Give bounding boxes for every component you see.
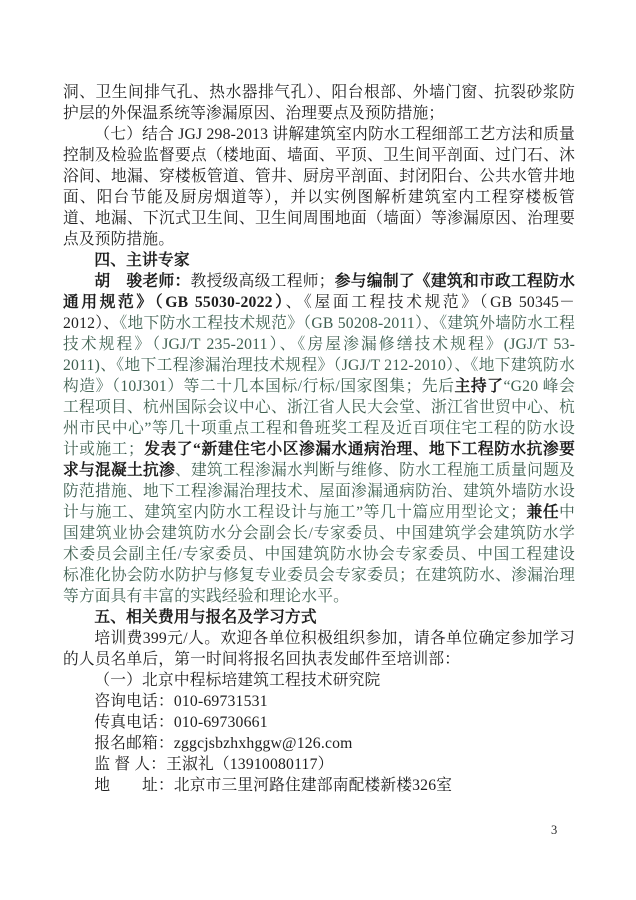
- document-body: 洞、卫生间排气孔、热水器排气孔）、阳台根部、外墙门窗、抗裂砂浆防护层的外保温系统…: [63, 82, 575, 796]
- contact-address: 地 址：北京市三里河路住建部南配楼新楼326室: [63, 775, 575, 796]
- section-heading-four: 四、主讲专家: [63, 250, 575, 271]
- page-number: 3: [551, 823, 557, 838]
- text-segment: 兼任: [526, 504, 559, 521]
- text-segment: （一）北京中程标培建筑工程技术研究院: [94, 672, 380, 689]
- text-segment: 咨询电话：010-69731531: [94, 693, 267, 710]
- contact-phone: 咨询电话：010-69731531: [63, 691, 575, 712]
- paragraph-item-seven: （七）结合 JGJ 298-2013 讲解建筑室内防水工程细部工艺方法和质量控制…: [63, 124, 575, 250]
- text-segment: 监 督 人：王淑礼（13910080117）: [94, 756, 333, 773]
- text-segment: 五、相关费用与报名及学习方式: [94, 609, 316, 626]
- text-segment: 报名邮箱：zggcjsbzhxhggw@126.com: [94, 735, 352, 752]
- contact-fax: 传真电话：010-69730661: [63, 712, 575, 733]
- text-segment: 地 址：北京市三里河路住建部南配楼新楼326室: [94, 777, 452, 794]
- contact-supervisor: 监 督 人：王淑礼（13910080117）: [63, 754, 575, 775]
- text-segment: 四、主讲专家: [94, 252, 189, 269]
- text-segment: 传真电话：010-69730661: [94, 714, 267, 731]
- document-page: 洞、卫生间排气孔、热水器排气孔）、阳台根部、外墙门窗、抗裂砂浆防护层的外保温系统…: [0, 0, 636, 900]
- text-segment: 培训费399元/人。欢迎各单位积极组织参加，请各单位确定参加学习的人员名单后，第…: [63, 630, 575, 668]
- text-segment: 教授级高级工程师；: [191, 273, 335, 290]
- text-segment: 洞、卫生间排气孔、热水器排气孔）、阳台根部、外墙门窗、抗裂砂浆防护层的外保温系统…: [63, 84, 575, 122]
- text-segment: 主持了: [455, 378, 504, 395]
- text-segment: （七）结合 JGJ 298-2013 讲解建筑室内防水工程细部工艺方法和质量控制…: [63, 126, 575, 248]
- section-heading-five: 五、相关费用与报名及学习方式: [63, 607, 575, 628]
- paragraph-fee: 培训费399元/人。欢迎各单位积极组织参加，请各单位确定参加学习的人员名单后，第…: [63, 628, 575, 670]
- paragraph-continuation: 洞、卫生间排气孔、热水器排气孔）、阳台根部、外墙门窗、抗裂砂浆防护层的外保温系统…: [63, 82, 575, 124]
- paragraph-expert-bio: 胡 骏老师：教授级高级工程师；参与编制了《建筑和市政工程防水通用规范》（GB 5…: [63, 271, 575, 607]
- contact-email: 报名邮箱：zggcjsbzhxhggw@126.com: [63, 733, 575, 754]
- paragraph-organizer: （一）北京中程标培建筑工程技术研究院: [63, 670, 575, 691]
- text-segment: 胡 骏老师：: [94, 273, 190, 290]
